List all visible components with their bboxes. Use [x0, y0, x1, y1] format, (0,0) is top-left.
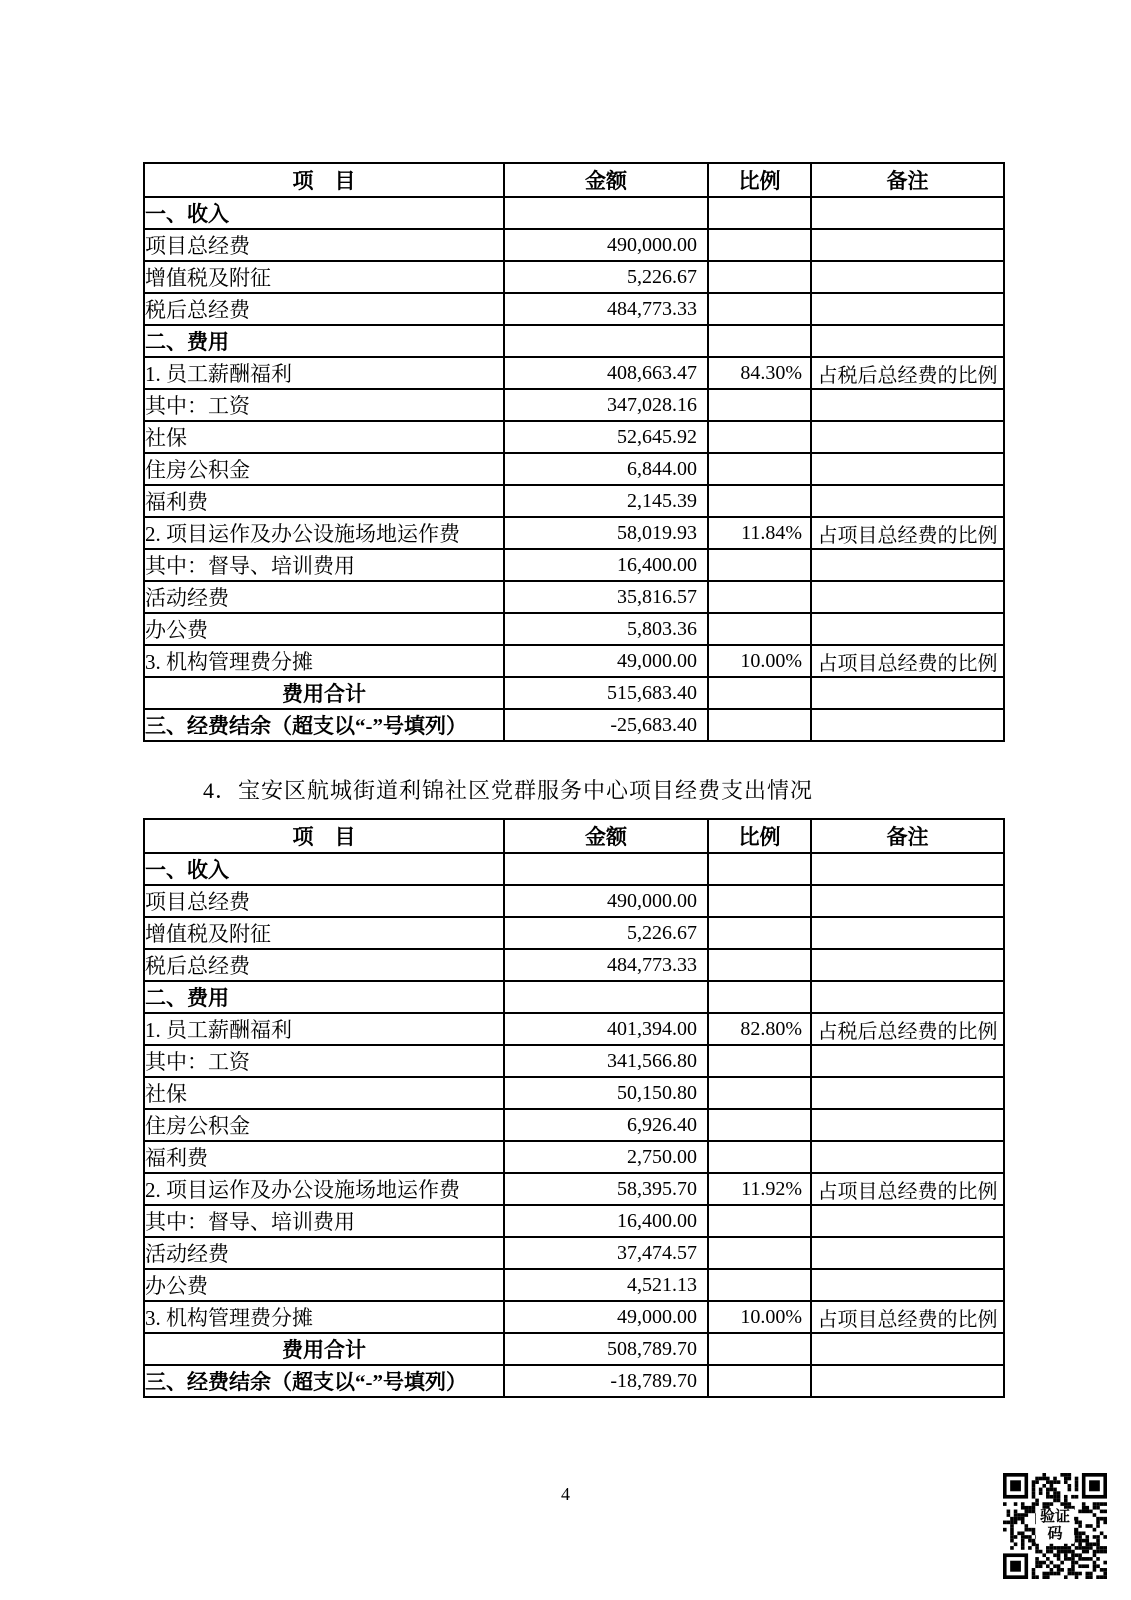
- row-item-label: 1. 员工薪酬福利: [144, 1013, 504, 1045]
- row-item-label: 其中：工资: [144, 389, 504, 421]
- row-item-label: 二、费用: [144, 981, 504, 1013]
- table-row: 费用合计 515,683.40: [144, 677, 1004, 709]
- table-row: 三、经费结余（超支以“-”号填列） -18,789.70: [144, 1365, 1004, 1397]
- row-ratio: [708, 389, 811, 421]
- row-note: [811, 229, 1004, 261]
- row-item-label: 2. 项目运作及办公设施场地运作费: [144, 1173, 504, 1205]
- row-amount: 16,400.00: [504, 549, 708, 581]
- row-note: [811, 261, 1004, 293]
- table-row: 1. 员工薪酬福利 401,394.00 82.80% 占税后总经费的比例: [144, 1013, 1004, 1045]
- row-amount: 35,816.57: [504, 581, 708, 613]
- table-header-row: 项 目 金额 比例 备注: [144, 819, 1004, 853]
- row-amount: 37,474.57: [504, 1237, 708, 1269]
- row-amount: -18,789.70: [504, 1365, 708, 1397]
- row-ratio: [708, 709, 811, 741]
- row-amount: 484,773.33: [504, 949, 708, 981]
- row-ratio: [708, 293, 811, 325]
- table-row: 项目总经费 490,000.00: [144, 885, 1004, 917]
- row-note: [811, 485, 1004, 517]
- row-item-label: 项目总经费: [144, 885, 504, 917]
- row-item-label: 社保: [144, 1077, 504, 1109]
- row-item-label: 增值税及附征: [144, 917, 504, 949]
- row-amount: 49,000.00: [504, 1301, 708, 1333]
- row-note: [811, 1109, 1004, 1141]
- table-row: 住房公积金 6,844.00: [144, 453, 1004, 485]
- row-amount: 490,000.00: [504, 229, 708, 261]
- row-amount: 50,150.80: [504, 1077, 708, 1109]
- table-row: 费用合计 508,789.70: [144, 1333, 1004, 1365]
- col-header-ratio: 比例: [708, 163, 811, 197]
- section-heading: 4．宝安区航城街道利锦社区党群服务中心项目经费支出情况: [203, 774, 813, 805]
- row-ratio: [708, 1045, 811, 1077]
- table-row: 税后总经费 484,773.33: [144, 293, 1004, 325]
- row-note: [811, 1141, 1004, 1173]
- table-row: 福利费 2,145.39: [144, 485, 1004, 517]
- row-amount: 5,226.67: [504, 917, 708, 949]
- row-item-label: 二、费用: [144, 325, 504, 357]
- row-item-label: 税后总经费: [144, 949, 504, 981]
- table-row: 活动经费 35,816.57: [144, 581, 1004, 613]
- table-row: 三、经费结余（超支以“-”号填列） -25,683.40: [144, 709, 1004, 741]
- row-item-label: 1. 员工薪酬福利: [144, 357, 504, 389]
- row-item-label: 其中：督导、培训费用: [144, 1205, 504, 1237]
- row-item-label: 活动经费: [144, 1237, 504, 1269]
- row-note: [811, 549, 1004, 581]
- row-ratio: [708, 581, 811, 613]
- row-ratio: [708, 677, 811, 709]
- row-ratio: 84.30%: [708, 357, 811, 389]
- row-amount: 5,226.67: [504, 261, 708, 293]
- row-note: [811, 709, 1004, 741]
- row-amount: 4,521.13: [504, 1269, 708, 1301]
- row-amount: 49,000.00: [504, 645, 708, 677]
- row-note: [811, 325, 1004, 357]
- row-note: [811, 1077, 1004, 1109]
- row-amount: 16,400.00: [504, 1205, 708, 1237]
- row-note: [811, 1333, 1004, 1365]
- row-amount: 2,750.00: [504, 1141, 708, 1173]
- qr-code-label: 验证码: [1036, 1509, 1074, 1544]
- row-note: [811, 1045, 1004, 1077]
- row-amount: 2,145.39: [504, 485, 708, 517]
- row-note: [811, 677, 1004, 709]
- row-ratio: [708, 1365, 811, 1397]
- row-ratio: [708, 1109, 811, 1141]
- row-amount: 58,395.70: [504, 1173, 708, 1205]
- row-amount: 6,844.00: [504, 453, 708, 485]
- row-ratio: [708, 229, 811, 261]
- row-note: [811, 949, 1004, 981]
- table-row: 增值税及附征 5,226.67: [144, 917, 1004, 949]
- row-ratio: [708, 421, 811, 453]
- row-note: [811, 1365, 1004, 1397]
- row-item-label: 社保: [144, 421, 504, 453]
- row-item-label: 3. 机构管理费分摊: [144, 645, 504, 677]
- row-item-label: 福利费: [144, 1141, 504, 1173]
- row-amount: [504, 853, 708, 885]
- table-row: 2. 项目运作及办公设施场地运作费 58,019.93 11.84% 占项目总经…: [144, 517, 1004, 549]
- page-number: 4: [0, 1484, 1131, 1505]
- row-item-label: 福利费: [144, 485, 504, 517]
- row-ratio: [708, 1141, 811, 1173]
- col-header-amount: 金额: [504, 819, 708, 853]
- row-ratio: [708, 1077, 811, 1109]
- row-amount: 490,000.00: [504, 885, 708, 917]
- col-header-ratio: 比例: [708, 819, 811, 853]
- row-note: [811, 613, 1004, 645]
- table-row: 住房公积金 6,926.40: [144, 1109, 1004, 1141]
- row-ratio: [708, 613, 811, 645]
- expense-table-top: 项 目 金额 比例 备注 一、收入 项目总经费 490,000.00 增值: [143, 162, 1005, 742]
- row-ratio: [708, 885, 811, 917]
- row-amount: 408,663.47: [504, 357, 708, 389]
- row-amount: 52,645.92: [504, 421, 708, 453]
- row-ratio: [708, 197, 811, 229]
- qr-code: 验证码: [1003, 1473, 1107, 1579]
- row-note: [811, 917, 1004, 949]
- row-ratio: 10.00%: [708, 645, 811, 677]
- row-note: 占项目总经费的比例: [811, 645, 1004, 677]
- row-item-label: 一、收入: [144, 853, 504, 885]
- table-row: 二、费用: [144, 981, 1004, 1013]
- row-item-label: 其中：督导、培训费用: [144, 549, 504, 581]
- row-amount: [504, 325, 708, 357]
- table-row: 项目总经费 490,000.00: [144, 229, 1004, 261]
- row-item-label: 3. 机构管理费分摊: [144, 1301, 504, 1333]
- row-item-label: 办公费: [144, 1269, 504, 1301]
- table-row: 活动经费 37,474.57: [144, 1237, 1004, 1269]
- row-ratio: 82.80%: [708, 1013, 811, 1045]
- table-row: 3. 机构管理费分摊 49,000.00 10.00% 占项目总经费的比例: [144, 645, 1004, 677]
- table-row: 其中：工资 347,028.16: [144, 389, 1004, 421]
- row-ratio: [708, 1269, 811, 1301]
- row-note: [811, 885, 1004, 917]
- col-header-note: 备注: [811, 163, 1004, 197]
- row-ratio: [708, 917, 811, 949]
- row-ratio: [708, 853, 811, 885]
- row-note: 占项目总经费的比例: [811, 1301, 1004, 1333]
- table-row: 其中：督导、培训费用 16,400.00: [144, 1205, 1004, 1237]
- row-note: 占税后总经费的比例: [811, 1013, 1004, 1045]
- row-ratio: [708, 981, 811, 1013]
- col-header-note: 备注: [811, 819, 1004, 853]
- row-note: [811, 1205, 1004, 1237]
- row-note: [811, 581, 1004, 613]
- row-item-label: 住房公积金: [144, 453, 504, 485]
- row-note: 占项目总经费的比例: [811, 517, 1004, 549]
- row-note: 占项目总经费的比例: [811, 1173, 1004, 1205]
- row-note: [811, 1269, 1004, 1301]
- table-row: 2. 项目运作及办公设施场地运作费 58,395.70 11.92% 占项目总经…: [144, 1173, 1004, 1205]
- row-item-label: 费用合计: [144, 1333, 504, 1365]
- row-ratio: 11.84%: [708, 517, 811, 549]
- row-ratio: 11.92%: [708, 1173, 811, 1205]
- row-ratio: 10.00%: [708, 1301, 811, 1333]
- col-header-item: 项 目: [144, 163, 504, 197]
- col-header-amount: 金额: [504, 163, 708, 197]
- table-row: 其中：督导、培训费用 16,400.00: [144, 549, 1004, 581]
- table-row: 办公费 4,521.13: [144, 1269, 1004, 1301]
- row-amount: [504, 981, 708, 1013]
- row-ratio: [708, 453, 811, 485]
- document-page: 项 目 金额 比例 备注 一、收入 项目总经费 490,000.00 增值: [0, 0, 1131, 1600]
- row-note: [811, 421, 1004, 453]
- row-ratio: [708, 325, 811, 357]
- row-amount: 515,683.40: [504, 677, 708, 709]
- table-row: 3. 机构管理费分摊 49,000.00 10.00% 占项目总经费的比例: [144, 1301, 1004, 1333]
- row-item-label: 三、经费结余（超支以“-”号填列）: [144, 1365, 504, 1397]
- row-amount: 5,803.36: [504, 613, 708, 645]
- table-row: 其中：工资 341,566.80: [144, 1045, 1004, 1077]
- row-note: [811, 853, 1004, 885]
- table-row: 增值税及附征 5,226.67: [144, 261, 1004, 293]
- row-amount: 484,773.33: [504, 293, 708, 325]
- row-note: [811, 453, 1004, 485]
- row-item-label: 一、收入: [144, 197, 504, 229]
- row-item-label: 税后总经费: [144, 293, 504, 325]
- row-ratio: [708, 261, 811, 293]
- row-ratio: [708, 485, 811, 517]
- row-amount: 58,019.93: [504, 517, 708, 549]
- row-note: [811, 389, 1004, 421]
- row-item-label: 增值税及附征: [144, 261, 504, 293]
- table-row: 福利费 2,750.00: [144, 1141, 1004, 1173]
- row-amount: [504, 197, 708, 229]
- table-row: 税后总经费 484,773.33: [144, 949, 1004, 981]
- row-item-label: 2. 项目运作及办公设施场地运作费: [144, 517, 504, 549]
- table-row: 社保 50,150.80: [144, 1077, 1004, 1109]
- row-ratio: [708, 1333, 811, 1365]
- row-amount: -25,683.40: [504, 709, 708, 741]
- row-amount: 347,028.16: [504, 389, 708, 421]
- table-row: 一、收入: [144, 197, 1004, 229]
- row-note: [811, 1237, 1004, 1269]
- expense-table-lijin: 项 目 金额 比例 备注 一、收入 项目总经费 490,000.00 增值: [143, 818, 1005, 1398]
- row-ratio: [708, 949, 811, 981]
- table-row: 办公费 5,803.36: [144, 613, 1004, 645]
- row-item-label: 三、经费结余（超支以“-”号填列）: [144, 709, 504, 741]
- row-ratio: [708, 1205, 811, 1237]
- table-header-row: 项 目 金额 比例 备注: [144, 163, 1004, 197]
- row-item-label: 办公费: [144, 613, 504, 645]
- table-row: 社保 52,645.92: [144, 421, 1004, 453]
- row-note: [811, 197, 1004, 229]
- row-item-label: 项目总经费: [144, 229, 504, 261]
- row-ratio: [708, 1237, 811, 1269]
- row-item-label: 其中：工资: [144, 1045, 504, 1077]
- row-note: 占税后总经费的比例: [811, 357, 1004, 389]
- table-row: 1. 员工薪酬福利 408,663.47 84.30% 占税后总经费的比例: [144, 357, 1004, 389]
- row-note: [811, 293, 1004, 325]
- row-note: [811, 981, 1004, 1013]
- table-row: 一、收入: [144, 853, 1004, 885]
- row-amount: 6,926.40: [504, 1109, 708, 1141]
- row-amount: 341,566.80: [504, 1045, 708, 1077]
- col-header-item: 项 目: [144, 819, 504, 853]
- row-item-label: 费用合计: [144, 677, 504, 709]
- table-row: 二、费用: [144, 325, 1004, 357]
- row-ratio: [708, 549, 811, 581]
- row-amount: 508,789.70: [504, 1333, 708, 1365]
- row-amount: 401,394.00: [504, 1013, 708, 1045]
- row-item-label: 住房公积金: [144, 1109, 504, 1141]
- row-item-label: 活动经费: [144, 581, 504, 613]
